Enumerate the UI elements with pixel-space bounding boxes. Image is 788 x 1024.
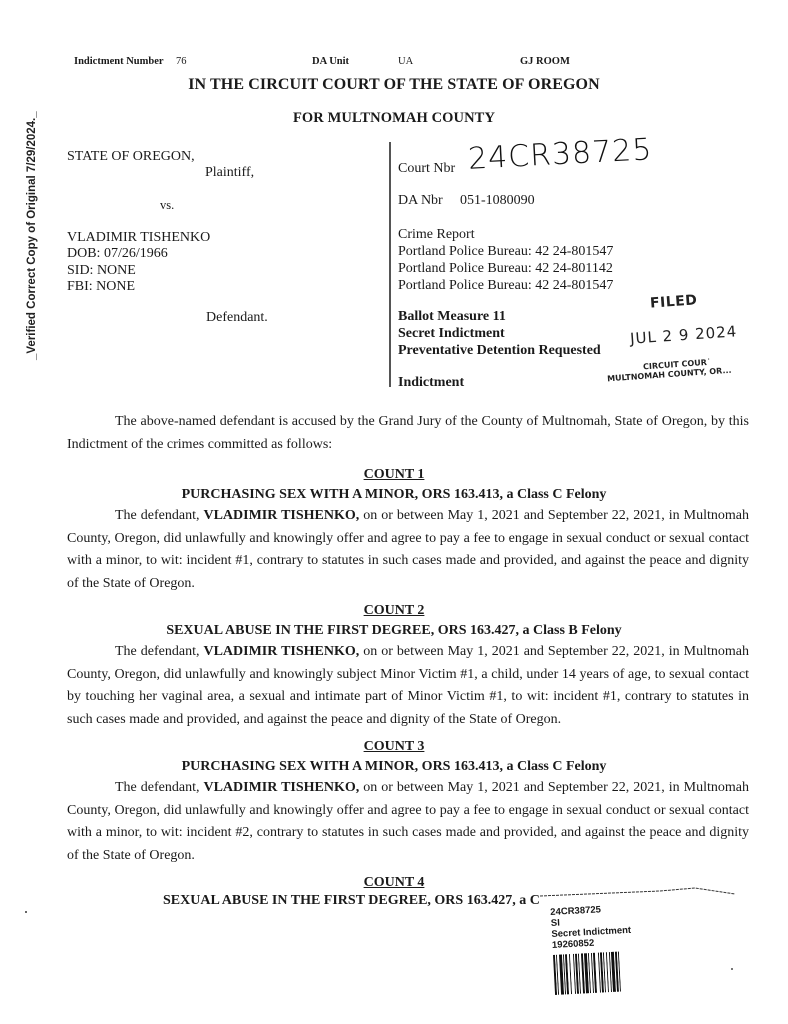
filed-stamp-word: FILED <box>649 292 697 311</box>
count-1-title: PURCHASING SEX WITH A MINOR, ORS 163.413… <box>0 487 788 503</box>
da-unit-label: DA Unit <box>312 56 349 67</box>
plaintiff-role: Plaintiff, <box>205 164 254 181</box>
defendant-name: VLADIMIR TISHENKO <box>67 229 210 246</box>
indictment-number-label: Indictment Number <box>74 56 164 67</box>
intro-text: The above-named defendant is accused by … <box>67 414 749 452</box>
crime-report-label: Crime Report <box>398 226 475 243</box>
count-2-defendant: VLADIMIR TISHENKO, <box>203 644 359 659</box>
verified-copy-stamp: _Verified Correct Copy of Original 7/29/… <box>26 111 38 360</box>
crime-report-1: Portland Police Bureau: 42 24-801547 <box>398 243 613 260</box>
barcode <box>553 948 690 995</box>
court-nbr-label: Court Nbr <box>398 160 455 177</box>
defendant-dob: DOB: 07/26/1966 <box>67 245 168 262</box>
document-type: Indictment <box>398 374 464 391</box>
court-title: IN THE CIRCUIT COURT OF THE STATE OF ORE… <box>0 76 788 94</box>
count-1-prefix: The defendant, <box>115 508 203 523</box>
scan-speck <box>25 911 27 913</box>
flag-ballot-measure: Ballot Measure 11 <box>398 308 506 325</box>
barcode-label: 24CR38725 SI Secret Indictment 19260852 <box>550 903 632 951</box>
da-nbr-value: 051-1080090 <box>460 192 535 209</box>
defendant-sid: SID: NONE <box>67 262 136 279</box>
versus: vs. <box>160 197 174 214</box>
count-3-prefix: The defendant, <box>115 780 203 795</box>
crime-report-2: Portland Police Bureau: 42 24-801142 <box>398 260 613 277</box>
count-4-title-partial: SEXUAL ABUSE IN THE FIRST DEGREE, ORS 16… <box>163 893 540 909</box>
count-3-heading: COUNT 3 <box>0 739 788 755</box>
count-1-defendant: VLADIMIR TISHENKO, <box>203 508 359 523</box>
da-nbr-label: DA Nbr <box>398 192 443 209</box>
plaintiff-name: STATE OF OREGON, <box>67 148 195 165</box>
da-unit-value: UA <box>398 56 413 67</box>
court-nbr-handwritten: 24CR38725 <box>467 132 653 177</box>
count-2-prefix: The defendant, <box>115 644 203 659</box>
count-2-heading: COUNT 2 <box>0 603 788 619</box>
scan-speck <box>731 968 733 970</box>
count-2-body: The defendant, VLADIMIR TISHENKO, on or … <box>67 641 749 731</box>
county-title: FOR MULTNOMAH COUNTY <box>0 110 788 127</box>
crime-report-3: Portland Police Bureau: 42 24-801547 <box>398 277 613 294</box>
indictment-number-value: 76 <box>176 56 187 67</box>
count-1-body: The defendant, VLADIMIR TISHENKO, on or … <box>67 505 749 595</box>
defendant-fbi: FBI: NONE <box>67 278 135 295</box>
label-edge-line <box>540 880 740 900</box>
gj-room-label: GJ ROOM <box>520 56 570 67</box>
count-2-title: SEXUAL ABUSE IN THE FIRST DEGREE, ORS 16… <box>0 623 788 639</box>
flag-secret-indictment: Secret Indictment <box>398 325 505 342</box>
count-3-body: The defendant, VLADIMIR TISHENKO, on or … <box>67 777 749 867</box>
flag-preventative-detention: Preventative Detention Requested <box>398 342 601 359</box>
count-1-heading: COUNT 1 <box>0 467 788 483</box>
caption-divider <box>389 142 391 387</box>
intro-paragraph: The above-named defendant is accused by … <box>67 411 749 456</box>
defendant-role: Defendant. <box>206 309 268 326</box>
count-3-defendant: VLADIMIR TISHENKO, <box>203 780 359 795</box>
filed-stamp-date: JUL 2 9 2024 <box>630 322 738 347</box>
count-3-title: PURCHASING SEX WITH A MINOR, ORS 163.413… <box>0 759 788 775</box>
